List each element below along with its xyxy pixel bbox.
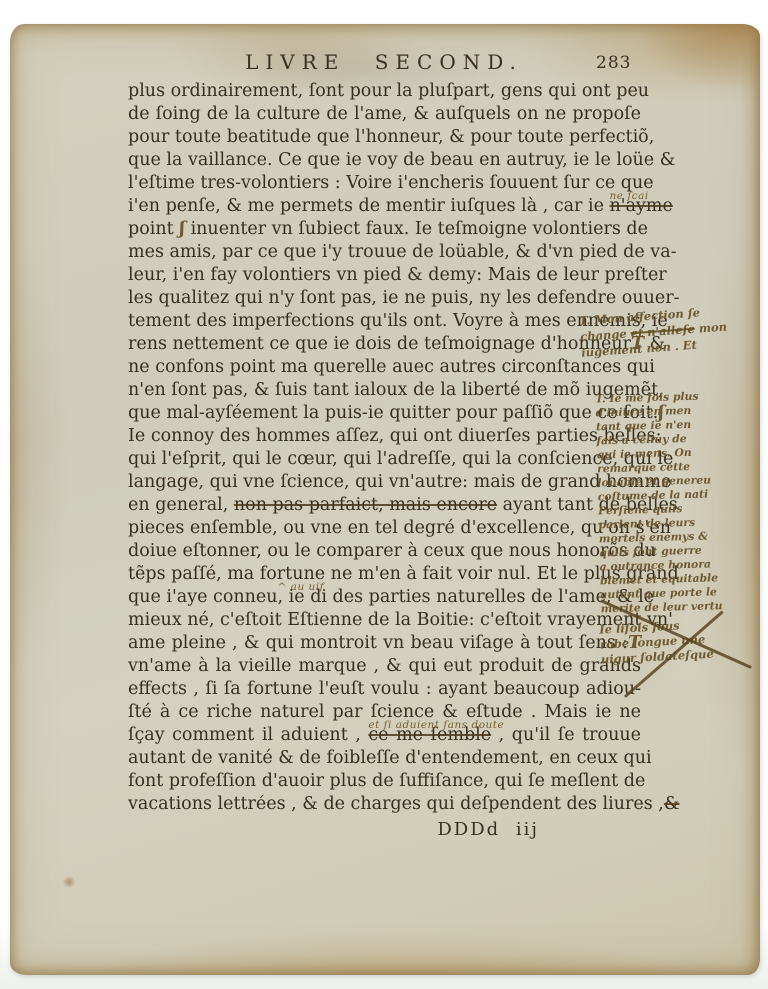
text-line: point ʃ inuenter vn ſubiect faux. Ie teſ… [128,218,641,241]
text-line: ſçay comment il aduient , et ſi aduient … [128,724,641,747]
page-number: 283 [596,53,631,73]
print-text: en general, [128,495,234,515]
struck-text: non pas parfaict, mais encore [234,495,497,515]
print-text: l'eſtime tres-volontiers : Voire i'enche… [128,173,654,193]
paper-stain-top-right [630,24,760,96]
text-line: de ſoing de la culture de l'ame, & auſqu… [128,103,641,126]
print-text: leur, i'en fay volontiers vn pied & demy… [128,265,667,285]
hand-mark: d'iniure en men [595,404,691,420]
text-line: mieux né, c'eſtoit Eſtienne de la Boitie… [128,609,641,632]
print-text: ſçay comment il aduient , [128,725,368,745]
print-text: , qu'il ſe trouue [491,725,641,745]
text-line: pour toute beatitude que l'honneur, & po… [128,126,641,149]
hand-mark: fais a celluy de [596,432,687,447]
book-page: LIVRE SECOND. 283 plus ordinairement, ſo… [10,24,760,975]
text-line: vacations lettrées , & de charges qui de… [128,793,641,816]
print-text: que i'aye conneu [128,587,278,607]
text-line: doiue eſtonner, ou le comparer à ceux qu… [128,540,641,563]
hand-mark: parlent de leurs [598,516,695,532]
hand-mark: Perſiene quils [598,502,682,517]
print-text: doiue eſtonner, ou le comparer à ceux qu… [128,541,656,561]
hand-mark: remarque cette [597,460,690,475]
print-text: de ſoing de la culture de l'ame, & auſqu… [128,104,641,124]
text-line: pieces enſemble, ou vne en tel degré d'e… [128,517,641,540]
hand-mark: quils font guerre [599,544,702,560]
text-line: Ie connoy des hommes aſſez, qui ont diue… [128,425,641,448]
print-text: effects , ſi ſa fortune l'euſt voulu : a… [128,679,641,699]
text-line: leur, i'en fay volontiers vn pied & demy… [128,264,641,287]
foxing-spot [62,876,76,888]
print-text: ame pleine , & qui montroit vn beau viſa… [128,633,628,653]
print-text: Ie connoy des hommes aſſez, qui ont diue… [128,426,662,446]
printed-text-block: plus ordinairement, ſont pour la pluſpar… [128,80,641,816]
print-text: font profeſſion d'auoir plus de ſuffiſan… [128,771,645,791]
print-text: vn'ame à la vieille marque , & qui eut p… [128,656,641,676]
hand-mark: T. Ie me fois plus [595,390,699,406]
print-text: inuenter vn ſubiect faux. Ie teſmoigne v… [185,219,648,239]
print-text: mieux né, c'eſtoit Eſtienne de la Boitie… [128,610,673,630]
hand-mark: mon [694,320,727,336]
text-line: mes amis, par ce que i'y trouue de loüab… [128,241,641,264]
text-line: ne confons point ma querelle auec autres… [128,356,641,379]
text-line: font profeſſion d'auoir plus de ſuffiſan… [128,770,641,793]
text-line: n'en ſont pas, & ſuis tant ialoux de la … [128,379,641,402]
print-text: n'en ſont pas, & ſuis tant ialoux de la … [128,380,664,400]
text-line: qui l'eſprit, qui le cœur, qui l'adreſſe… [128,448,641,471]
print-text: point [128,219,179,239]
text-line: i'en penſe, & me permets de mentir iuſqu… [128,195,641,218]
hand-mark: qui ie mens. On [597,446,692,461]
text-line: que i'aye conneu^ au uif, ie di des part… [128,586,641,609]
print-text: les qualitez qui n'y ſont pas, ie ne pui… [128,288,680,308]
text-line: que mal-ayſéement la puis-ie quitter pou… [128,402,641,425]
text-line: ame pleine , & qui montroit vn beau viſa… [128,632,641,655]
print-text: ne confons point ma querelle auec autres… [128,357,655,377]
print-text: plus ordinairement, ſont pour la pluſpar… [128,81,649,101]
text-line: langage, qui vne ſcience, qui vn'autre: … [128,471,641,494]
text-line: que la vaillance. Ce que ie voy de beau … [128,149,641,172]
print-text: langage, qui vne ſcience, qui vn'autre: … [128,472,671,492]
signature-mark: DDDd iij [128,819,641,840]
text-line: tement des imperfections qu'ils ont. Voy… [128,310,641,333]
text-line: effects , ſi ſa fortune l'euſt voulu : a… [128,678,641,701]
text-line: les qualitez qui n'y ſont pas, ie ne pui… [128,287,641,310]
margin-note-soldatesque-crossed-out: Ie liſois ſousrobe longue uneuigur ſolda… [599,613,760,667]
text-line: autant de vanité & de foibleſſe d'entend… [128,747,641,770]
text-line: tẽps paſſé, ma fortune ne m'en à fait vo… [128,563,641,586]
print-text: pieces enſemble, ou vne en tel degré d'e… [128,518,671,538]
running-head: LIVRE SECOND. 283 [128,50,640,80]
print-text: autant de vanité & de foibleſſe d'entend… [128,748,652,768]
print-text: que la vaillance. Ce que ie voy de beau … [128,150,675,170]
print-text: rens nettement ce que ie dois de teſmoig… [128,334,631,354]
print-text: , ie di des parties naturelles de l'ame,… [278,587,655,607]
text-line: plus ordinairement, ſont pour la pluſpar… [128,80,641,103]
print-text: que mal-ayſéement la puis-ie quitter pou… [128,403,658,423]
print-text: pour toute beatitude que l'honneur, & po… [128,127,654,147]
hand-mark: coſtume de la nati [598,487,709,503]
print-text: qui l'eſprit, qui le cœur, qui l'adreſſe… [128,449,673,469]
text-line: rens nettement ce que ie dois de teſmoig… [128,333,641,356]
print-text: tẽps paſſé, ma fortune ne m'en à fait vo… [128,564,679,584]
struck-text: & [664,794,680,814]
running-title: LIVRE SECOND. [128,50,640,74]
margin-note-persian-custom: T. Ie me fois plusd'iniure en mentant qu… [595,388,760,617]
text-line: en general, non pas parfaict, mais encor… [128,494,641,517]
hand-mark: tant que ie n'en [596,418,692,433]
print-text: vacations lettrées , & de charges qui de… [128,794,664,814]
text-line: l'eſtime tres-volontiers : Voire i'enche… [128,172,641,195]
print-text: i'en penſe, & me permets de mentir iuſqu… [128,196,610,216]
text-line: vn'ame à la vieille marque , & qui eut p… [128,655,641,678]
print-text: mes amis, par ce que i'y trouue de loüab… [128,242,677,262]
